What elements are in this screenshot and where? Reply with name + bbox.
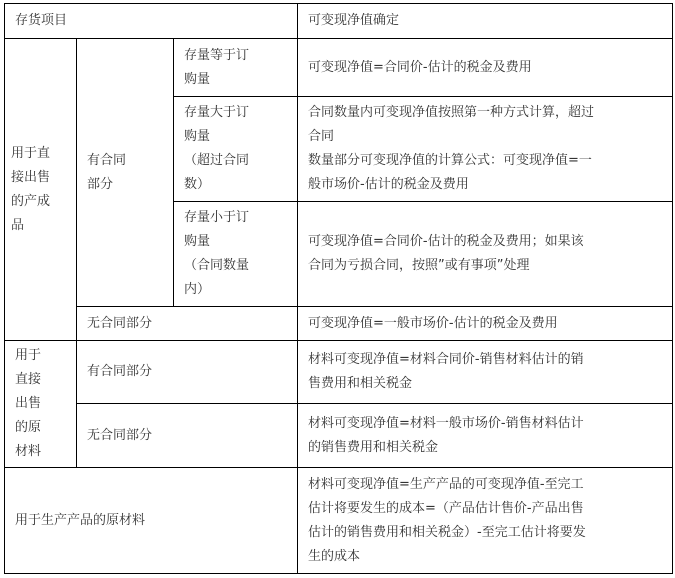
table-row: 用于直 接出售 的产成 品 有合同 部分 存量等于订 购量 可变现净值=合同价-… — [5, 39, 673, 97]
nrv-raw-for-production: 材料可变现净值=生产产品的可变现净值-至完工 估计将要发生的成本=（产品估计售价… — [298, 468, 673, 574]
nrv-raw-without-contract: 材料可变现净值=材料一般市场价-销售材料估计 的销售费用和相关税金 — [298, 404, 673, 468]
table-row: 用于生产产品的原材料 材料可变现净值=生产产品的可变现净值-至完工 估计将要发生… — [5, 468, 673, 574]
inventory-nrv-table: 存货项目 可变现净值确定 用于直 接出售 的产成 品 有合同 部分 存量等于订 … — [4, 3, 673, 574]
finished-goods-without-contract-label: 无合同部分 — [77, 307, 298, 341]
condition-less: 存量小于订 购量 （合同数量 内） — [174, 202, 298, 307]
nrv-raw-with-contract: 材料可变现净值=材料合同价-销售材料估计的销 售费用和相关税金 — [298, 341, 673, 404]
finished-goods-label: 用于直 接出售 的产成 品 — [5, 39, 77, 341]
nrv-equal: 可变现净值=合同价-估计的税金及费用 — [298, 39, 673, 97]
table-row: 无合同部分 材料可变现净值=材料一般市场价-销售材料估计 的销售费用和相关税金 — [5, 404, 673, 468]
condition-greater: 存量大于订 购量 （超过合同 数） — [174, 97, 298, 202]
condition-equal: 存量等于订 购量 — [174, 39, 298, 97]
header-inventory-item: 存货项目 — [5, 4, 298, 39]
raw-materials-without-contract-label: 无合同部分 — [77, 404, 298, 468]
header-nrv-determination: 可变现净值确定 — [298, 4, 673, 39]
finished-goods-with-contract-label: 有合同 部分 — [77, 39, 174, 307]
nrv-less: 可变现净值=合同价-估计的税金及费用；如果该 合同为亏损合同，按照”或有事项”处… — [298, 202, 673, 307]
header-row: 存货项目 可变现净值确定 — [5, 4, 673, 39]
raw-materials-for-production-label: 用于生产产品的原材料 — [5, 468, 298, 574]
raw-materials-with-contract-label: 有合同部分 — [77, 341, 298, 404]
table-row: 用于 直接 出售 的原 材料 有合同部分 材料可变现净值=材料合同价-销售材料估… — [5, 341, 673, 404]
nrv-greater: 合同数量内可变现净值按照第一种方式计算，超过 合同 数量部分可变现净值的计算公式… — [298, 97, 673, 202]
raw-materials-for-sale-label: 用于 直接 出售 的原 材料 — [5, 341, 77, 468]
table-row: 无合同部分 可变现净值=一般市场价-估计的税金及费用 — [5, 307, 673, 341]
nrv-finished-without-contract: 可变现净值=一般市场价-估计的税金及费用 — [298, 307, 673, 341]
